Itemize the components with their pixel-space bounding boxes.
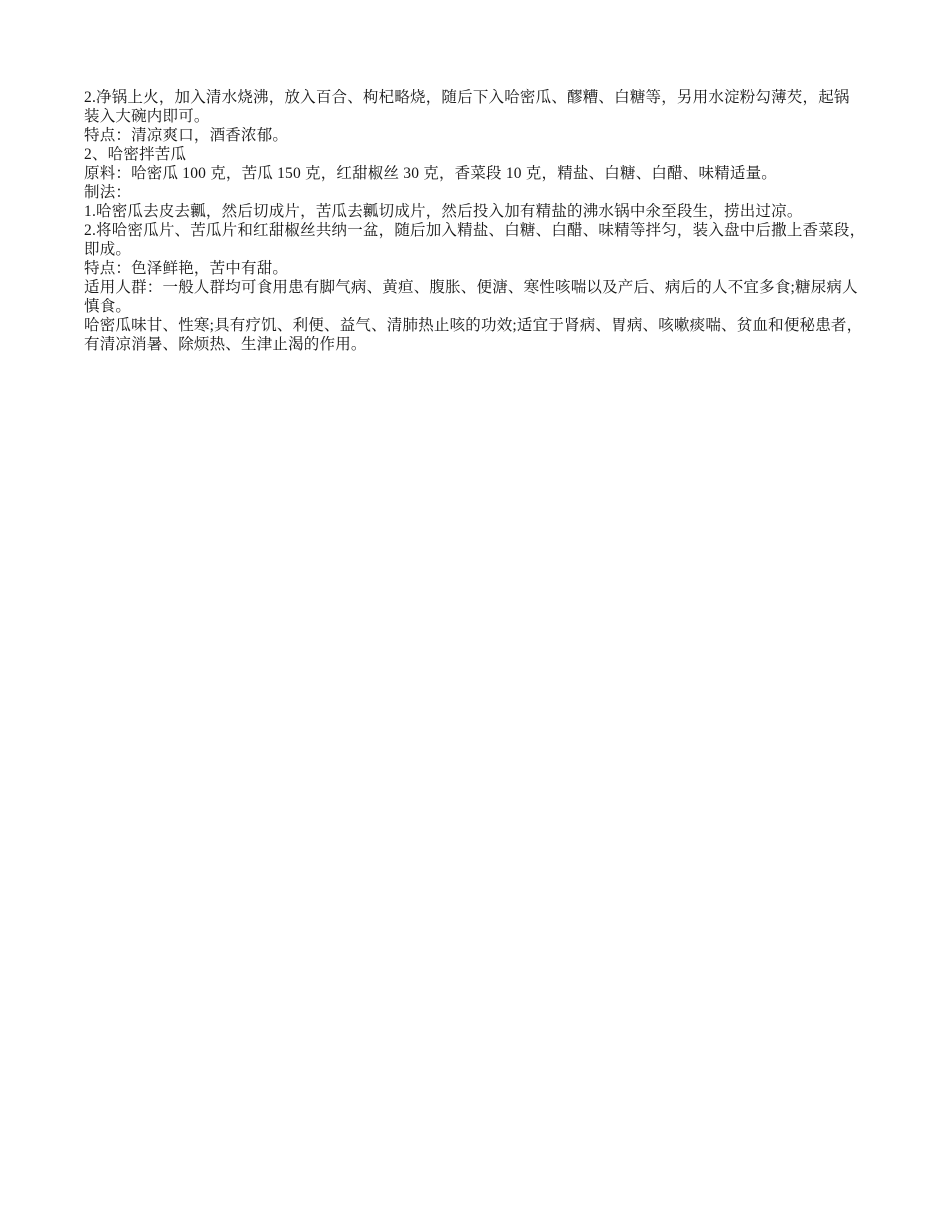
text-line: 装入大碗内即可。	[84, 107, 924, 126]
text-line: 特点：色泽鲜艳，苦中有甜。	[84, 259, 924, 278]
text-line: 制法：	[84, 183, 924, 202]
text-line: 1.哈密瓜去皮去瓤，然后切成片，苦瓜去瓤切成片，然后投入加有精盐的沸水锅中氽至段…	[84, 202, 924, 221]
text-line: 2.净锅上火，加入清水烧沸，放入百合、枸杞略烧，随后下入哈密瓜、醪糟、白糖等，另…	[84, 88, 924, 107]
text-line: 有清凉消暑、除烦热、生津止渴的作用。	[84, 335, 924, 354]
text-line: 2、哈密拌苦瓜	[84, 145, 924, 164]
document-page: 2.净锅上火，加入清水烧沸，放入百合、枸杞略烧，随后下入哈密瓜、醪糟、白糖等，另…	[0, 0, 950, 1230]
text-line: 原料：哈密瓜 100 克，苦瓜 150 克，红甜椒丝 30 克，香菜段 10 克…	[84, 164, 924, 183]
text-line: 慎食。	[84, 297, 924, 316]
text-line: 适用人群：一般人群均可食用患有脚气病、黄疸、腹胀、便溏、寒性咳喘以及产后、病后的…	[84, 278, 924, 297]
text-line: 即成。	[84, 240, 924, 259]
text-line: 2.将哈密瓜片、苦瓜片和红甜椒丝共纳一盆，随后加入精盐、白糖、白醋、味精等拌匀，…	[84, 221, 924, 240]
page: { "page": { "background_color": "#ffffff…	[0, 0, 950, 1230]
document-text-block: 2.净锅上火，加入清水烧沸，放入百合、枸杞略烧，随后下入哈密瓜、醪糟、白糖等，另…	[84, 88, 924, 354]
text-line: 哈密瓜味甘、性寒;具有疗饥、利便、益气、清肺热止咳的功效;适宜于肾病、胃病、咳嗽…	[84, 316, 924, 335]
text-line: 特点：清凉爽口，酒香浓郁。	[84, 126, 924, 145]
